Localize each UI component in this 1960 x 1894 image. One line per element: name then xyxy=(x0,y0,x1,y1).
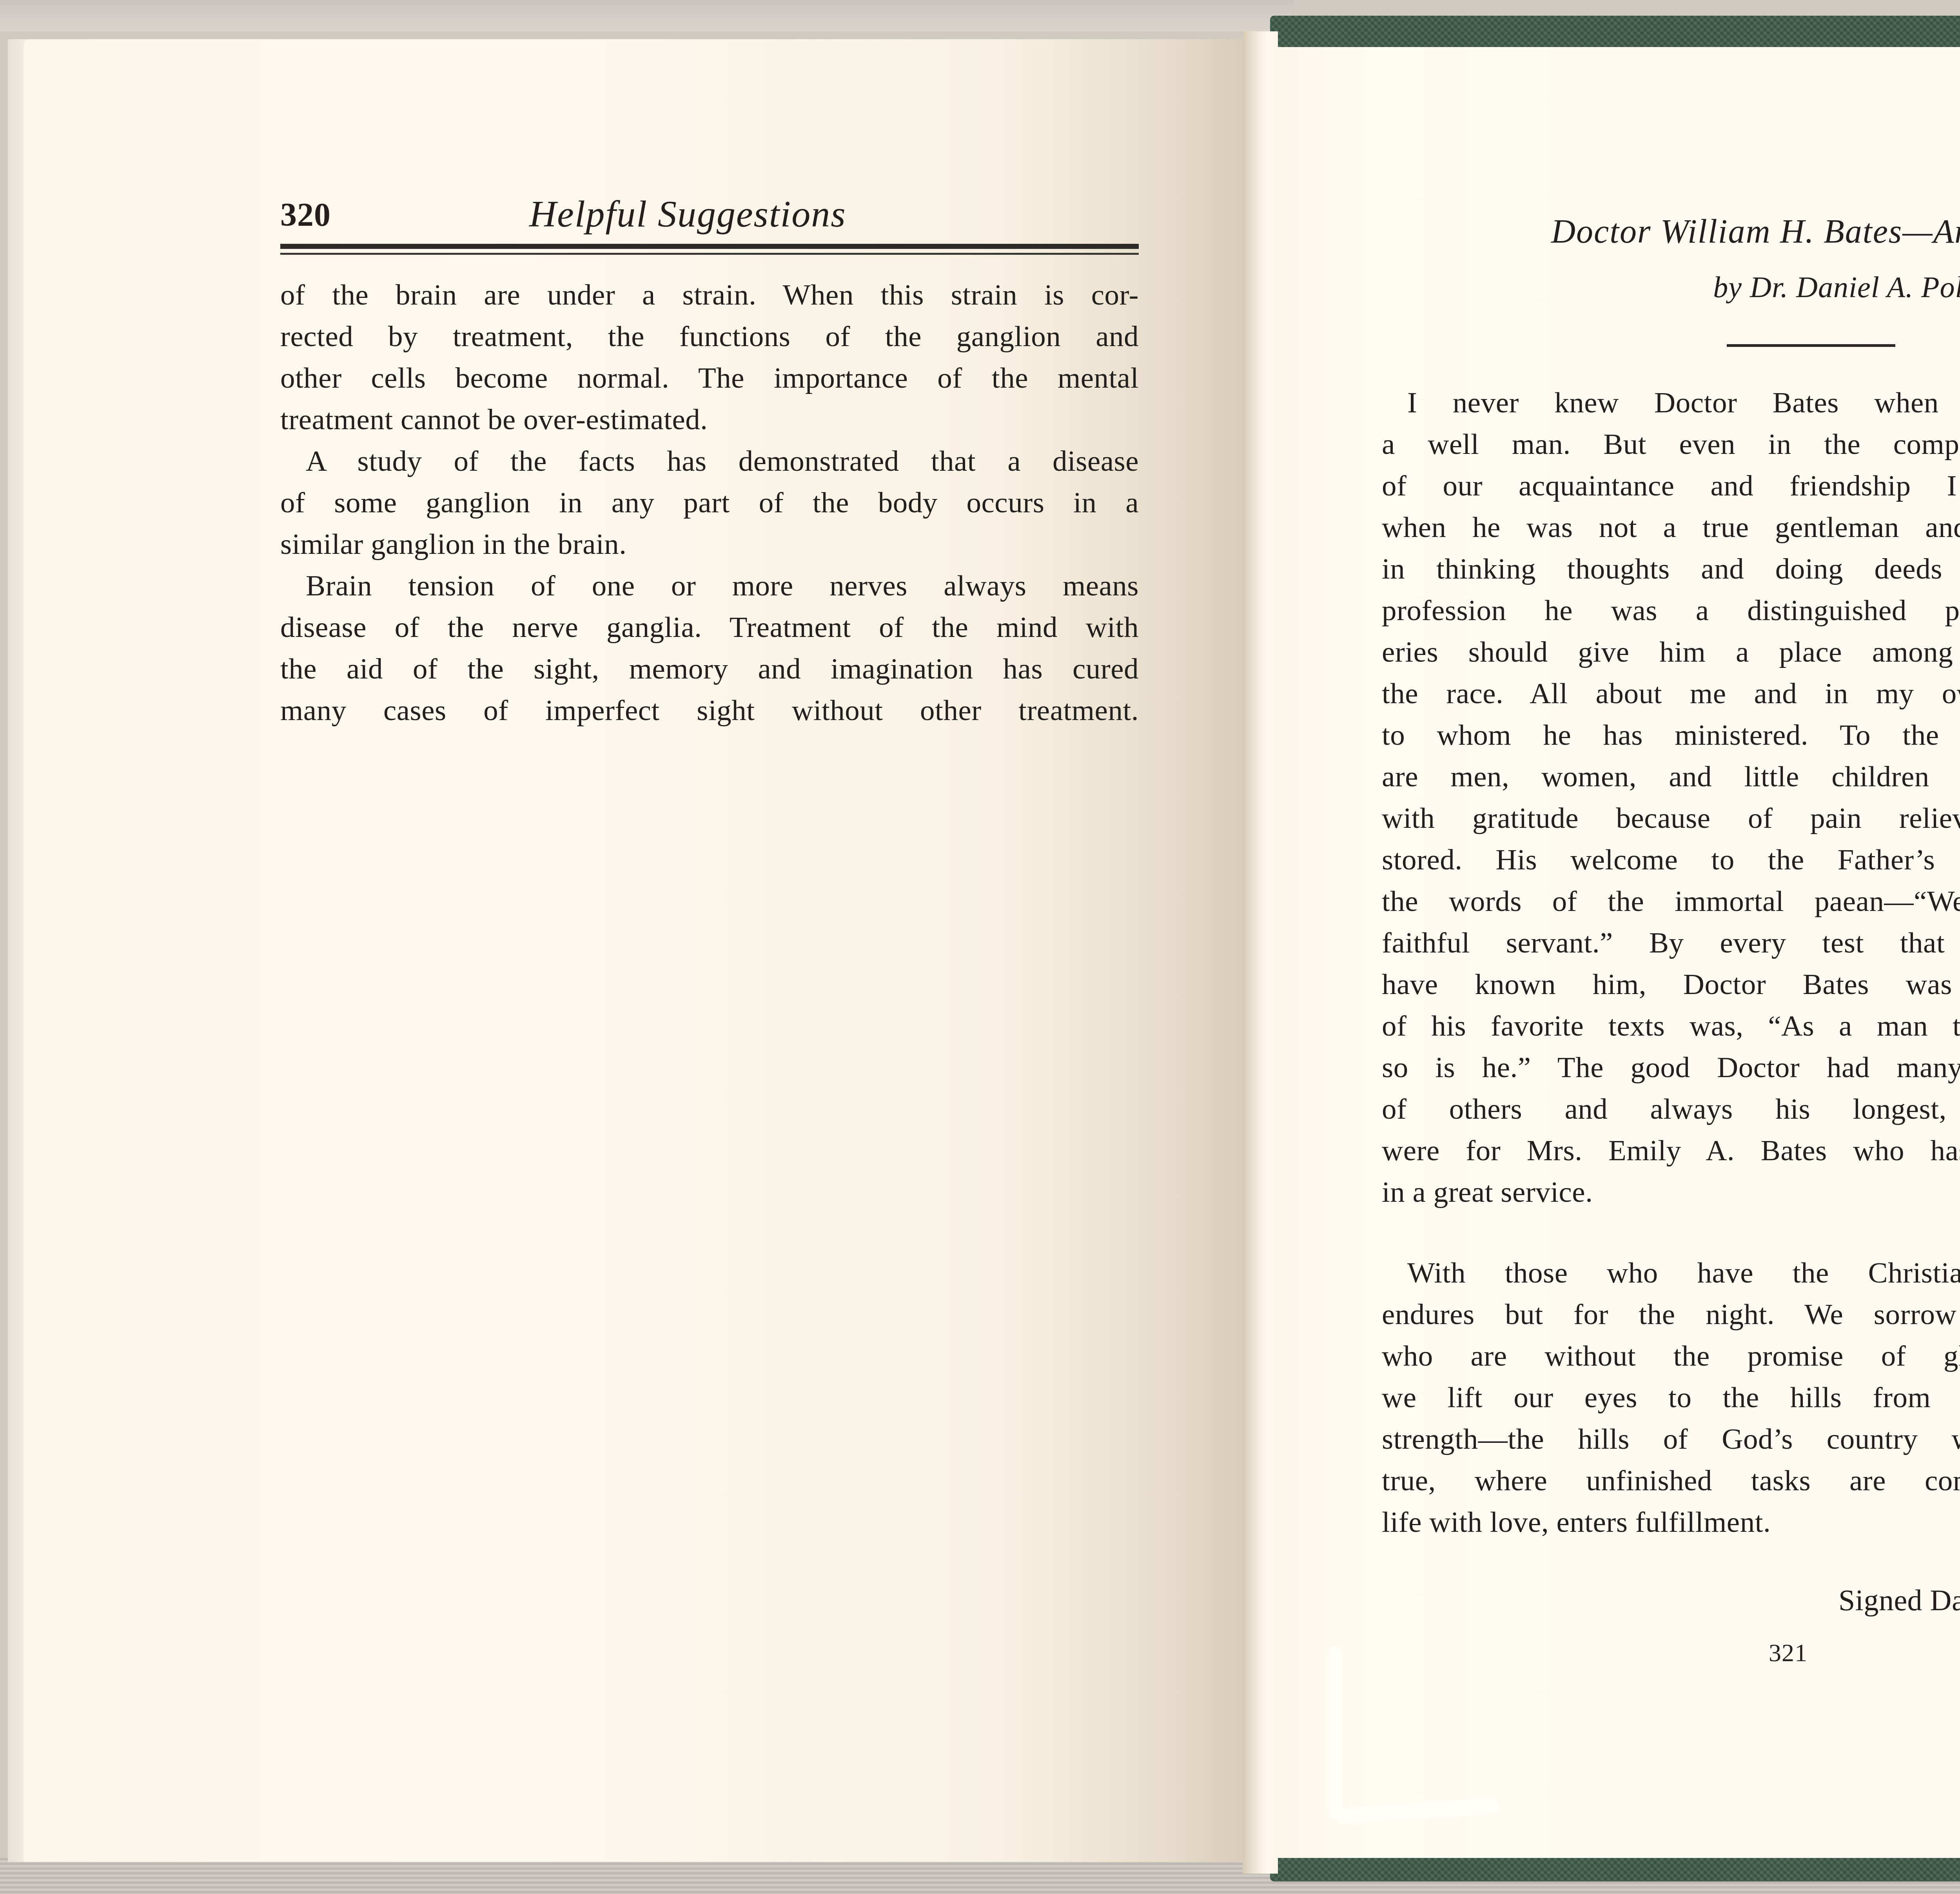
text-line: a well man. But even in the comparativel… xyxy=(1382,424,1960,465)
text-line: other cells become normal. The importanc… xyxy=(280,357,1139,399)
header-rule-thin xyxy=(280,253,1139,255)
header-rule-thick xyxy=(280,244,1139,249)
text-line: of his favorite texts was, “As a man thi… xyxy=(1382,1005,1960,1047)
title-divider-rule xyxy=(1727,344,1895,347)
text-line: were for Mrs. Emily A. Bates who has bee… xyxy=(1382,1130,1960,1172)
text-line: the aid of the sight, memory and imagina… xyxy=(280,648,1139,690)
text-line: disease of the nerve ganglia. Treatment … xyxy=(280,607,1139,648)
text-line: to whom he has ministered. To the ends o… xyxy=(1382,715,1960,756)
text-line: so is he.” The good Doctor had many and … xyxy=(1382,1047,1960,1089)
text-line: in a great service. xyxy=(1382,1172,1960,1213)
text-line: life with love, enters fulfillment. xyxy=(1382,1502,1960,1543)
text-line: have known him, Doctor Bates was a Chris… xyxy=(1382,964,1960,1005)
text-line: faithful servant.” By every test that I … xyxy=(1382,922,1960,964)
text-line: many cases of imperfect sight without ot… xyxy=(280,690,1139,731)
text-line: true, where unfinished tasks are complet… xyxy=(1382,1460,1960,1502)
text-line: of the brain are under a strain. When th… xyxy=(280,274,1139,316)
text-line: with gratitude because of pain relieved … xyxy=(1382,798,1960,839)
book-gutter xyxy=(1243,31,1278,1874)
text-line: in thinking thoughts and doing deeds for… xyxy=(1382,548,1960,590)
article-byline: by Dr. Daniel A. Poling xyxy=(1427,270,1960,305)
text-line: of others and always his longest, tender… xyxy=(1382,1089,1960,1130)
signature: Signed Daniel A. Poling xyxy=(1838,1584,1960,1618)
text-line: are men, women, and little children who … xyxy=(1382,756,1960,798)
left-page-number: 320 xyxy=(280,196,331,234)
text-line: when he was not a true gentleman and a v… xyxy=(1382,507,1960,548)
text-line: A study of the facts has demonstrated th… xyxy=(306,441,1139,482)
text-line: of some ganglion in any part of the body… xyxy=(280,482,1139,524)
text-line: rected by treatment, the functions of th… xyxy=(280,316,1139,357)
text-line: I never knew Doctor Bates when physicall… xyxy=(1407,382,1960,424)
text-line: endures but for the night. We sorrow but… xyxy=(1382,1294,1960,1335)
running-head: Helpful Suggestions xyxy=(529,192,846,236)
text-line: stored. His welcome to the Father’s Hous… xyxy=(1382,839,1960,881)
text-line: With those who have the Christian’s hope… xyxy=(1407,1252,1960,1294)
text-line: treatment cannot be over-estimated. xyxy=(280,399,1139,441)
text-line: of our acquaintance and friendship I nev… xyxy=(1382,465,1960,507)
text-line: Brain tension of one or more nerves alwa… xyxy=(306,565,1139,607)
scan-smudge-vertical xyxy=(1327,1646,1343,1819)
scanner-background-top xyxy=(0,0,1294,31)
text-line: eries should give him a place among the … xyxy=(1382,631,1960,673)
text-line: the words of the immortal paean—“Well do… xyxy=(1382,881,1960,922)
right-page-number: 321 xyxy=(1769,1638,1808,1667)
text-line: the race. All about me and in my own hom… xyxy=(1382,673,1960,715)
text-line: profession he was a distinguished pionee… xyxy=(1382,590,1960,631)
article-title: Doctor William H. Bates—An Appreciation xyxy=(1427,212,1960,251)
text-line: who are without the promise of glad reun… xyxy=(1382,1335,1960,1377)
text-line: similar ganglion in the brain. xyxy=(280,524,1139,565)
text-line: strength—the hills of God’s country wher… xyxy=(1382,1419,1960,1460)
text-line: we lift our eyes to the hills from whenc… xyxy=(1382,1377,1960,1419)
